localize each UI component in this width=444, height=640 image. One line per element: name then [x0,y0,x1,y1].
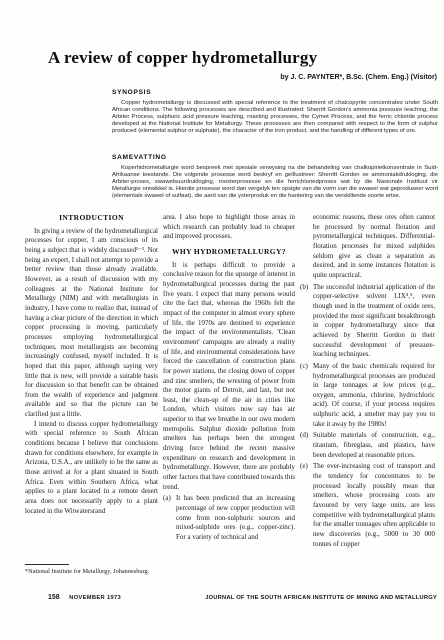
article-body: INTRODUCTION In giving a review of the h… [25,213,435,549]
why-hydrometallurgy-paragraph: It is perhaps difficult to provide a con… [163,261,295,493]
list-item-c-text: Many of the basic chemicals required for… [313,362,435,428]
synopsis-text: Copper hydrometallurgy is discussed with… [112,100,438,135]
page-number: 158 [48,594,60,601]
synopsis-section: SYNOPSIS Copper hydrometallurgy is discu… [112,89,438,135]
samevatting-heading: SAMEVATTING [112,154,438,161]
page-footer: 158 NOVEMBER 1973 JOURNAL OF THE SOUTH A… [48,586,437,604]
list-item-c-label: (c) [300,362,308,372]
list-item-b: (b) The successful industrial applicatio… [300,283,435,360]
author-byline: by J. C. PAYNTER*, B.Sc. (Chem. Eng.) (V… [280,74,437,81]
list-item-e-text: The ever-increasing cost of transport an… [313,462,435,547]
list-item-b-text: The successful industrial application of… [313,283,435,359]
introduction-paragraph-1: In giving a review of the hydrometallurg… [25,227,158,420]
list-item-b-label: (b) [300,283,308,293]
author-affiliation-footnote: *National Institute for Metallurgy, Joha… [25,568,158,576]
introduction-paragraph-continued: area. I also hope to highlight those are… [163,213,295,242]
list-item-e: (e) The ever-increasing cost of transpor… [300,462,435,549]
list-item-c: (c) Many of the basic chemicals required… [300,362,435,430]
column-1: INTRODUCTION In giving a review of the h… [25,213,158,549]
introduction-heading: INTRODUCTION [25,213,158,223]
footer-left: 158 NOVEMBER 1973 [48,586,121,604]
list-item-a-label: (a) [163,494,171,504]
column-3: economic reasons, these ores often canno… [300,213,435,549]
samevatting-text: Koperhidrometallurgie word bespreek met … [112,165,438,200]
issue-date: NOVEMBER 1973 [69,595,121,601]
introduction-paragraph-2: I intend to discuss copper hydrometallur… [25,420,158,517]
list-item-d-text: Suitable materials of construction, e.g.… [313,431,435,458]
synopsis-heading: SYNOPSIS [112,89,438,96]
list-item-a-text: It has been predicted that an increasing… [176,494,295,541]
column-2: area. I also hope to highlight those are… [163,213,295,549]
list-item-a-continued: economic reasons, these ores often canno… [300,213,435,281]
page-title: A review of copper hydrometallurgy [48,48,317,68]
list-item-a: (a) It has been predicted that an increa… [163,494,295,542]
list-item-e-label: (e) [300,462,308,472]
why-hydrometallurgy-heading: WHY HYDROMETALLURGY? [163,247,295,257]
samevatting-section: SAMEVATTING Koperhidrometallurgie word b… [112,154,438,200]
footnote-rule [25,564,69,565]
journal-page: A review of copper hydrometallurgy by J.… [0,0,444,640]
list-item-d-label: (d) [300,431,308,441]
journal-name: JOURNAL OF THE SOUTH AFRICAN INSTITUTE O… [205,595,437,601]
list-item-d: (d) Suitable materials of construction, … [300,431,435,460]
